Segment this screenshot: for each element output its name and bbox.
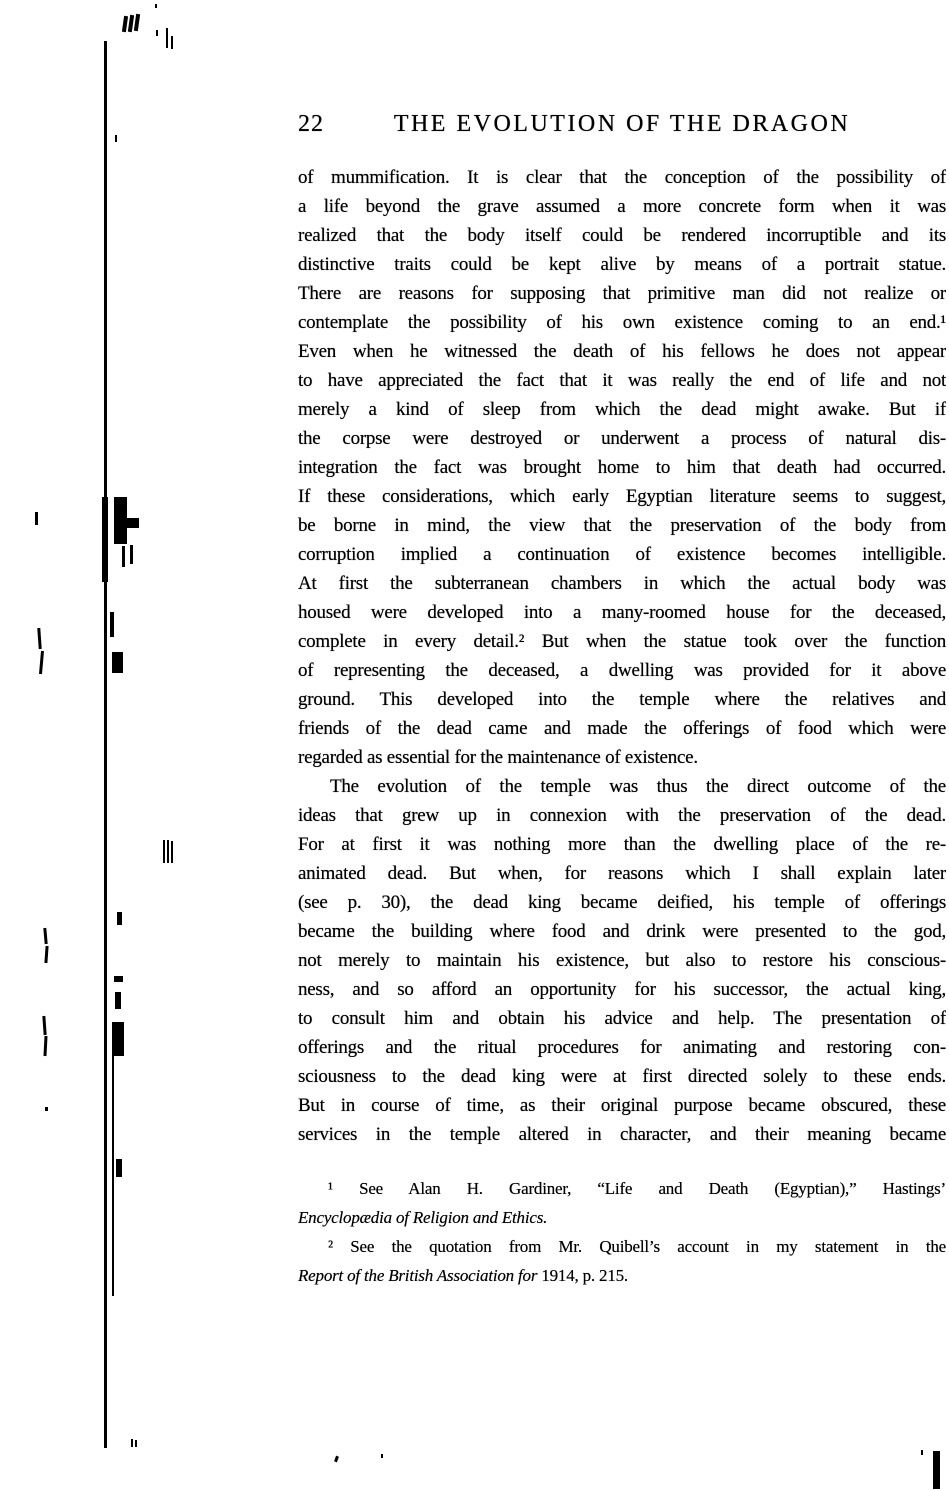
text-line: realized that the body itself could be r… bbox=[298, 221, 946, 250]
text-line: merely a kind of sleep from which the de… bbox=[298, 395, 946, 424]
footnotes: ¹ See Alan H. Gardiner, “Life and Death … bbox=[298, 1174, 946, 1290]
text-line: animated dead. But when, for reasons whi… bbox=[298, 859, 946, 888]
ink-mark bbox=[117, 912, 122, 925]
footnote-line: Report of the British Association for 19… bbox=[298, 1261, 946, 1290]
text-line: became the building where food and drink… bbox=[298, 917, 946, 946]
ink-mark bbox=[39, 651, 44, 674]
scanned-book-page: 22 THE EVOLUTION OF THE DRAGON of mummif… bbox=[0, 0, 949, 1491]
text-line: not merely to maintain his existence, bu… bbox=[298, 946, 946, 975]
ink-mark bbox=[921, 1450, 923, 1455]
text-line: to consult him and obtain his advice and… bbox=[298, 1004, 946, 1033]
text-line: contemplate the possibility of his own e… bbox=[298, 308, 946, 337]
footnote-line: Encyclopædia of Religion and Ethics. bbox=[298, 1203, 946, 1232]
text-line: regarded as essential for the maintenanc… bbox=[298, 743, 946, 772]
text-line: services in the temple altered in charac… bbox=[298, 1120, 946, 1149]
ink-blob bbox=[112, 652, 123, 673]
footnote-line: ¹ See Alan H. Gardiner, “Life and Death … bbox=[298, 1174, 946, 1203]
footnote-work-title: Report of the British Association for bbox=[298, 1266, 537, 1285]
ink-mark bbox=[43, 928, 47, 944]
running-title: THE EVOLUTION OF THE DRAGON bbox=[298, 111, 946, 138]
ink-mark bbox=[171, 36, 173, 49]
text-line: ideas that grew up in connexion with the… bbox=[298, 801, 946, 830]
text-line: complete in every detail.² But when the … bbox=[298, 627, 946, 656]
text-line: of mummification. It is clear that the c… bbox=[298, 163, 946, 192]
text-line: There are reasons for supposing that pri… bbox=[298, 279, 946, 308]
text-line: of representing the deceased, a dwelling… bbox=[298, 656, 946, 685]
text-line: integration the fact was brought home to… bbox=[298, 453, 946, 482]
ink-bar bbox=[933, 1451, 940, 1489]
text-line: ground. This developed into the temple w… bbox=[298, 685, 946, 714]
text-line: to have appreciated the fact that it was… bbox=[298, 366, 946, 395]
ink-mark bbox=[114, 976, 123, 982]
page-header: 22 THE EVOLUTION OF THE DRAGON bbox=[298, 111, 946, 143]
text-line: ness, and so afford an opportunity for h… bbox=[298, 975, 946, 1004]
ink-mark bbox=[110, 612, 114, 637]
text-line: a life beyond the grave assumed a more c… bbox=[298, 192, 946, 221]
ink-mark bbox=[155, 4, 157, 8]
ink-mark bbox=[163, 840, 165, 863]
text-line: At first the subterranean chambers in wh… bbox=[298, 569, 946, 598]
text-line: (see p. 30), the dead king became deifie… bbox=[298, 888, 946, 917]
ink-mark bbox=[122, 546, 125, 567]
binding-line-thin bbox=[112, 1056, 114, 1296]
ink-blob bbox=[116, 1159, 122, 1177]
text-line: be borne in mind, the view that the pres… bbox=[298, 511, 946, 540]
ink-mark bbox=[44, 946, 48, 963]
body-text: of mummification. It is clear that the c… bbox=[298, 163, 946, 1149]
text-line: distinctive traits could be kept alive b… bbox=[298, 250, 946, 279]
ink-mark bbox=[35, 512, 38, 525]
text-line: But in course of time, as their original… bbox=[298, 1091, 946, 1120]
text-line: sciousness to the dead king were at firs… bbox=[298, 1062, 946, 1091]
text-line: housed were developed into a many-roomed… bbox=[298, 598, 946, 627]
ink-mark bbox=[167, 840, 169, 863]
ink-mark bbox=[37, 628, 41, 649]
text-line: the corpse were destroyed or underwent a… bbox=[298, 424, 946, 453]
binding-line-thick bbox=[102, 497, 108, 582]
ink-mark bbox=[131, 1439, 133, 1447]
ink-mark bbox=[135, 1440, 137, 1447]
ink-mark bbox=[43, 1036, 47, 1056]
ink-mark bbox=[115, 135, 117, 142]
text-line: If these considerations, which early Egy… bbox=[298, 482, 946, 511]
ink-mark bbox=[334, 1456, 339, 1463]
ink-blob bbox=[112, 1022, 124, 1056]
text-line: corruption implied a continuation of exi… bbox=[298, 540, 946, 569]
ink-blob bbox=[115, 992, 121, 1009]
text-line: offerings and the ritual procedures for … bbox=[298, 1033, 946, 1062]
text-line: friends of the dead came and made the of… bbox=[298, 714, 946, 743]
ink-mark bbox=[42, 1016, 46, 1035]
footnote-line: ² See the quotation from Mr. Quibell’s a… bbox=[298, 1232, 946, 1261]
ink-mark bbox=[381, 1454, 383, 1458]
ink-mark bbox=[45, 1107, 48, 1111]
page-number: 22 bbox=[298, 111, 324, 138]
binding-line bbox=[104, 41, 107, 1448]
ink-mark bbox=[171, 841, 173, 863]
ink-mark bbox=[166, 28, 168, 48]
footnote-page-ref: 1914, p. 215. bbox=[537, 1266, 628, 1285]
ink-blob bbox=[126, 518, 139, 528]
ink-mark bbox=[134, 14, 140, 31]
ink-mark bbox=[130, 545, 133, 564]
text-line: Even when he witnessed the death of his … bbox=[298, 337, 946, 366]
text-line: For at first it was nothing more than th… bbox=[298, 830, 946, 859]
ink-mark bbox=[156, 30, 158, 36]
text-line: The evolution of the temple was thus the… bbox=[298, 772, 946, 801]
